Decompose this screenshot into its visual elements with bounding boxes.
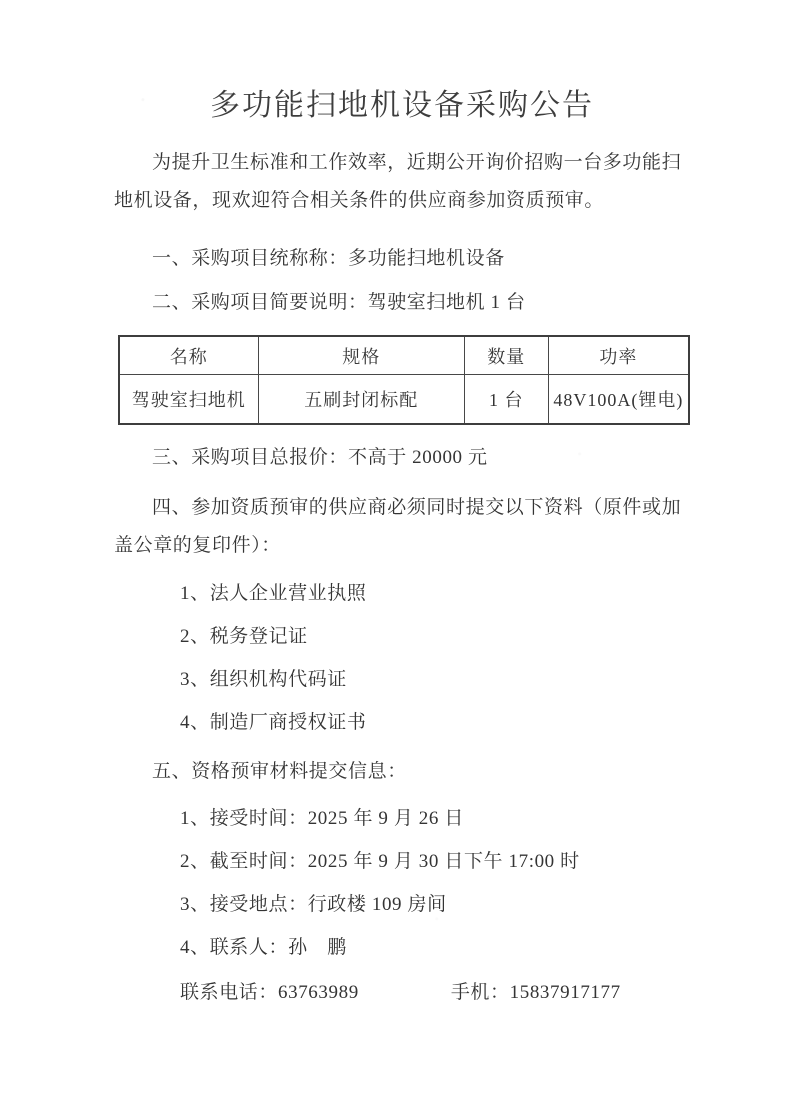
list-item: 1、接受时间：2025 年 9 月 26 日 — [114, 805, 690, 833]
cell-name: 驾驶室扫地机 — [119, 375, 258, 425]
contact-phone: 联系电话：63763989 — [180, 979, 359, 1007]
section-3-heading: 三、采购项目总报价：不高于 20000 元 — [114, 443, 690, 473]
section-4-heading: 四、参加资质预审的供应商必须同时提交以下资料（原件或加盖公章的复印件）： — [114, 489, 690, 565]
list-item: 4、联系人：孙 鹏 — [114, 934, 690, 962]
list-item: 3、接受地点：行政楼 109 房间 — [114, 891, 690, 919]
column-header-name: 名称 — [119, 336, 258, 375]
cell-spec: 五刷封闭标配 — [258, 375, 464, 425]
submission-info-list: 1、接受时间：2025 年 9 月 26 日 2、截至时间：2025 年 9 月… — [114, 805, 690, 962]
list-item: 4、制造厂商授权证书 — [114, 709, 690, 737]
column-header-spec: 规格 — [258, 336, 464, 375]
list-item: 1、法人企业营业执照 — [114, 580, 690, 608]
table-row: 驾驶室扫地机 五刷封闭标配 1 台 48V100A(锂电) — [119, 375, 689, 425]
required-documents-list: 1、法人企业营业执照 2、税务登记证 3、组织机构代码证 4、制造厂商授权证书 — [114, 580, 690, 737]
section-1-heading: 一、采购项目统称称：多功能扫地机设备 — [114, 244, 690, 274]
cell-quantity: 1 台 — [464, 375, 548, 425]
document-title: 多功能扫地机设备采购公告 — [114, 86, 690, 126]
contact-mobile: 手机：15837917177 — [451, 979, 621, 1007]
section-5-heading: 五、资格预审材料提交信息： — [114, 757, 690, 787]
section-2-heading: 二、采购项目简要说明：驾驶室扫地机 1 台 — [114, 288, 690, 318]
list-item: 2、税务登记证 — [114, 623, 690, 651]
column-header-quantity: 数量 — [464, 336, 548, 375]
table-header-row: 名称 规格 数量 功率 — [119, 336, 689, 375]
column-header-power: 功率 — [548, 336, 689, 375]
equipment-spec-table: 名称 规格 数量 功率 驾驶室扫地机 五刷封闭标配 1 台 48V100A(锂电… — [118, 335, 690, 425]
list-item: 3、组织机构代码证 — [114, 666, 690, 694]
list-item: 2、截至时间：2025 年 9 月 30 日下午 17:00 时 — [114, 848, 690, 876]
intro-paragraph: 为提升卫生标准和工作效率，近期公开询价招购一台多功能扫地机设备，现欢迎符合相关条… — [114, 144, 690, 220]
contact-line: 联系电话：63763989 手机：15837917177 — [114, 979, 690, 1007]
cell-power: 48V100A(锂电) — [548, 375, 689, 425]
scanned-document-page: 多功能扫地机设备采购公告 为提升卫生标准和工作效率，近期公开询价招购一台多功能扫… — [0, 0, 794, 1107]
